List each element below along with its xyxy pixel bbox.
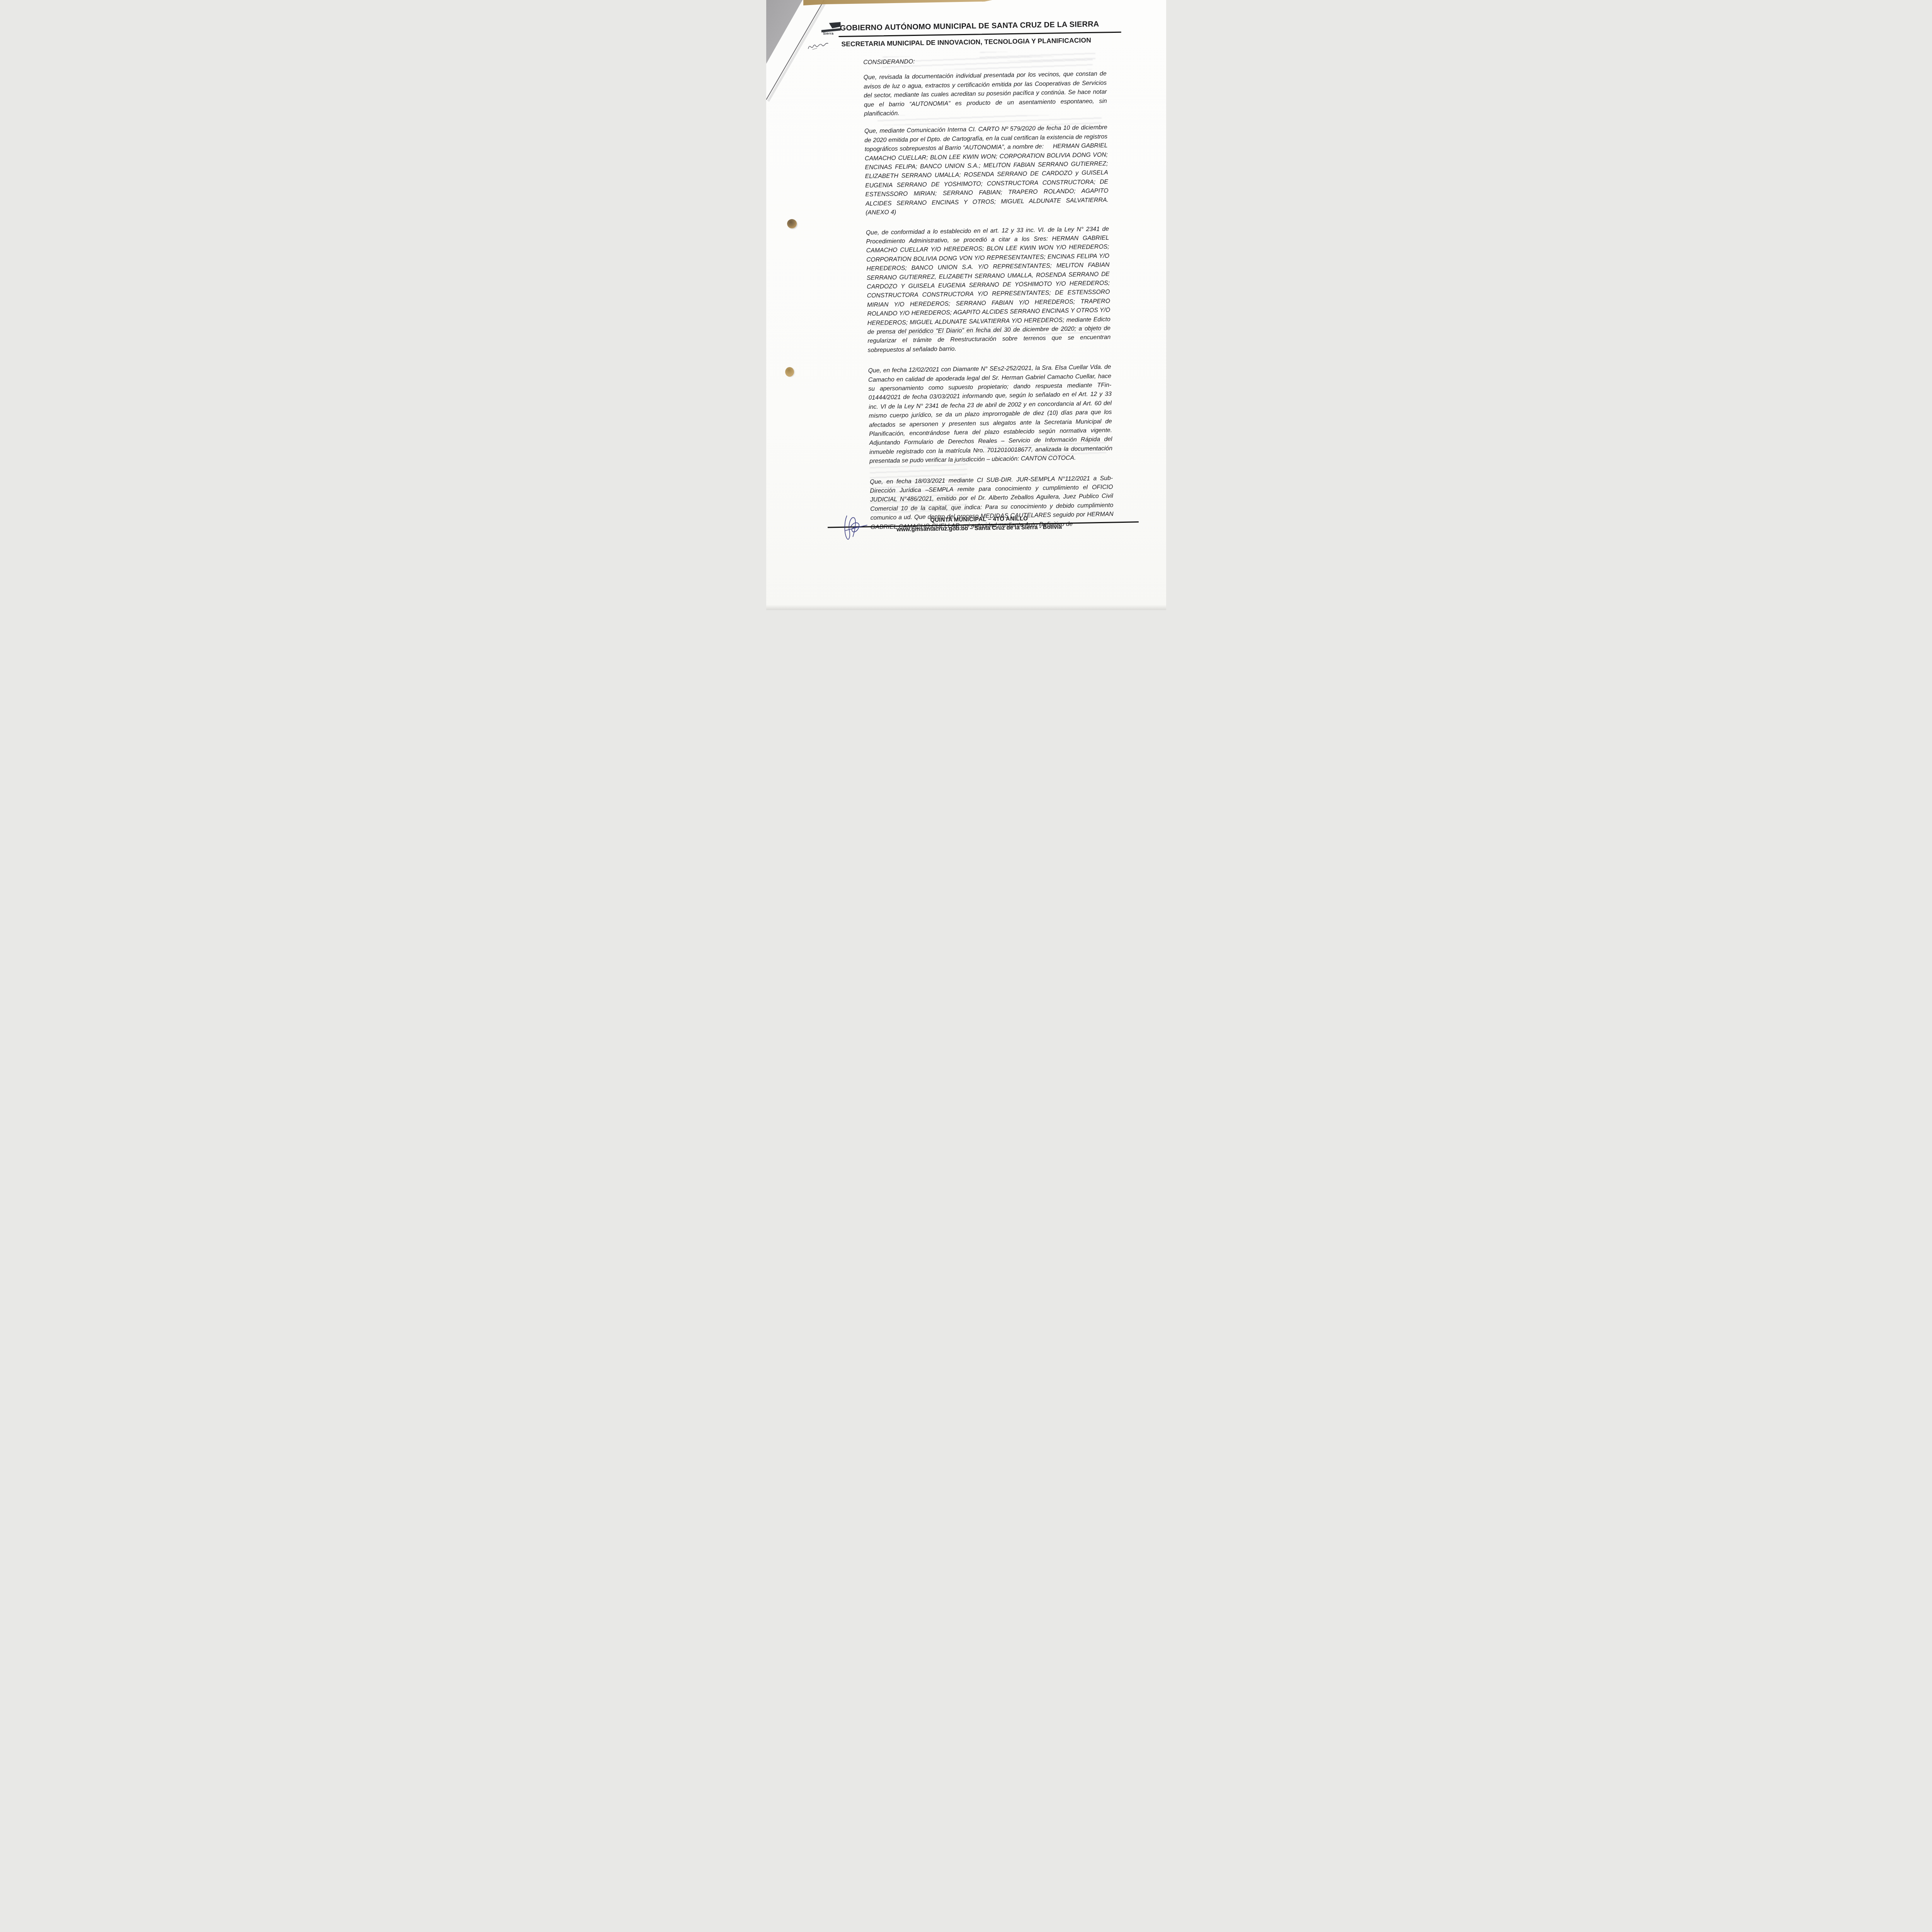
page-corner-fold [766, 0, 1006, 116]
document-body: CONSIDERANDO: Que, revisada la documenta… [863, 54, 1113, 532]
scanned-document-page: Sierra GOBIERNO AUTÓNOMO MUNICIPAL DE SA… [766, 0, 1166, 610]
desk-edge-strip [803, 0, 992, 5]
paragraph-4: Que, en fecha 12/02/2021 con Diamante N°… [868, 362, 1112, 466]
paragraph-3: Que, de conformidad a lo establecido en … [866, 224, 1111, 355]
hole-punch-bottom [785, 367, 794, 377]
paragraph-2: Que, mediante Comunicación Interna CI. C… [864, 123, 1109, 218]
signature-ink [843, 512, 869, 542]
hole-punch-top [787, 219, 797, 228]
page-bottom-shadow [766, 605, 1166, 610]
